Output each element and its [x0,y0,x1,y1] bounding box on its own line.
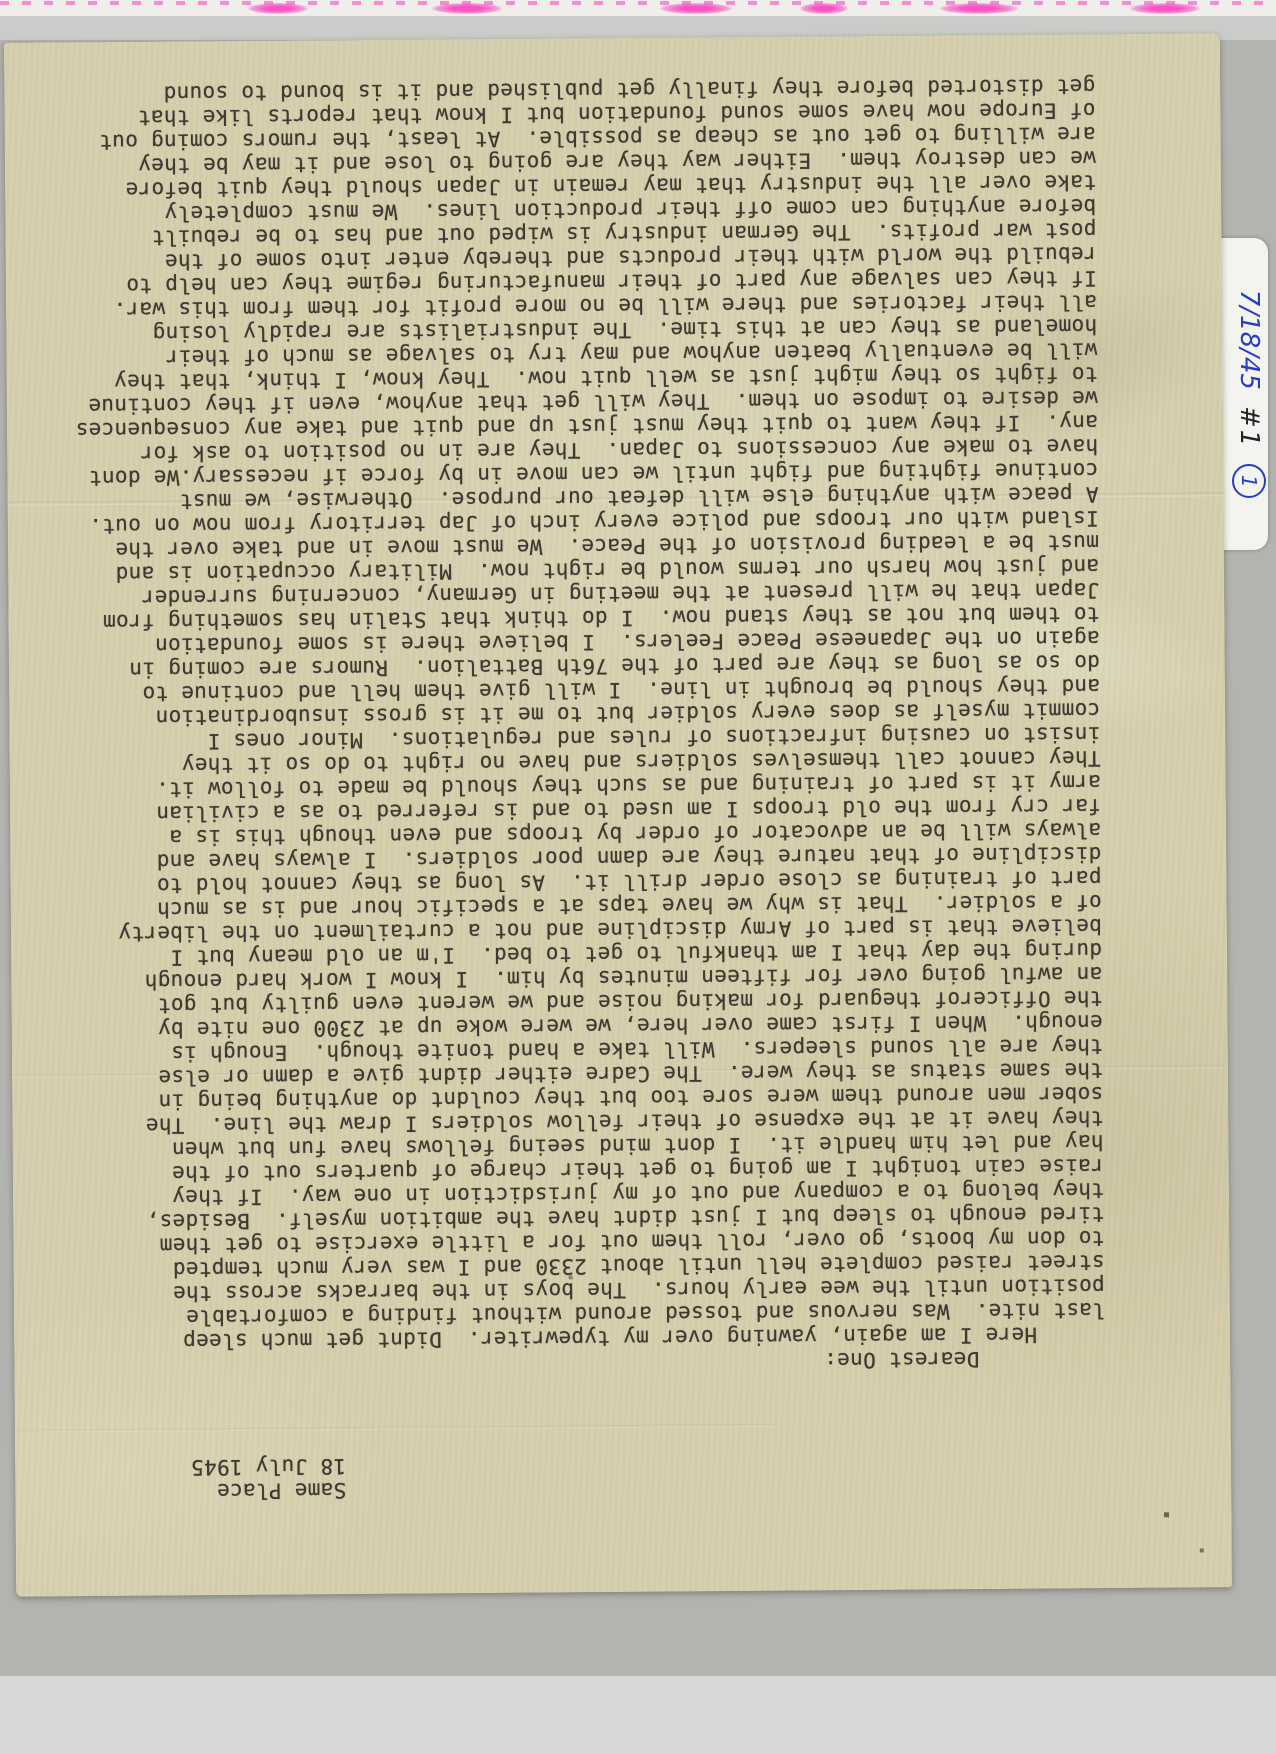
letter-paper: Same Place 18 July 1945 Dearest One: Her… [4,33,1232,1597]
scanned-letter-page: 7/18/45 #1 1 Same Place 18 July 1945 Dea… [0,0,1276,1754]
scanner-edge-artifact [0,0,1276,16]
scan-pink-mark [940,3,1018,14]
sticker-circled-number: 1 [1232,464,1266,498]
letter-dateline: Same Place 18 July 1945 [55,1454,346,1504]
scan-pink-mark [248,3,308,14]
sticker-page-number: #1 [1234,406,1264,448]
letter-body: Here I am again, yawning over my typewri… [44,74,1105,1354]
scan-pink-mark [660,3,732,14]
letter-content-upside-down: Same Place 18 July 1945 Dearest One: Her… [4,33,1232,1597]
sticker-date: 7/18/45 [1234,290,1264,390]
sticker-handwriting: 7/18/45 #1 1 [1231,244,1267,544]
scan-noise-line [0,1,1276,5]
scan-pink-mark [800,3,848,14]
scanner-bed-bottom [0,1676,1276,1754]
scan-pink-mark [432,3,502,14]
scan-pink-mark [1130,3,1200,14]
